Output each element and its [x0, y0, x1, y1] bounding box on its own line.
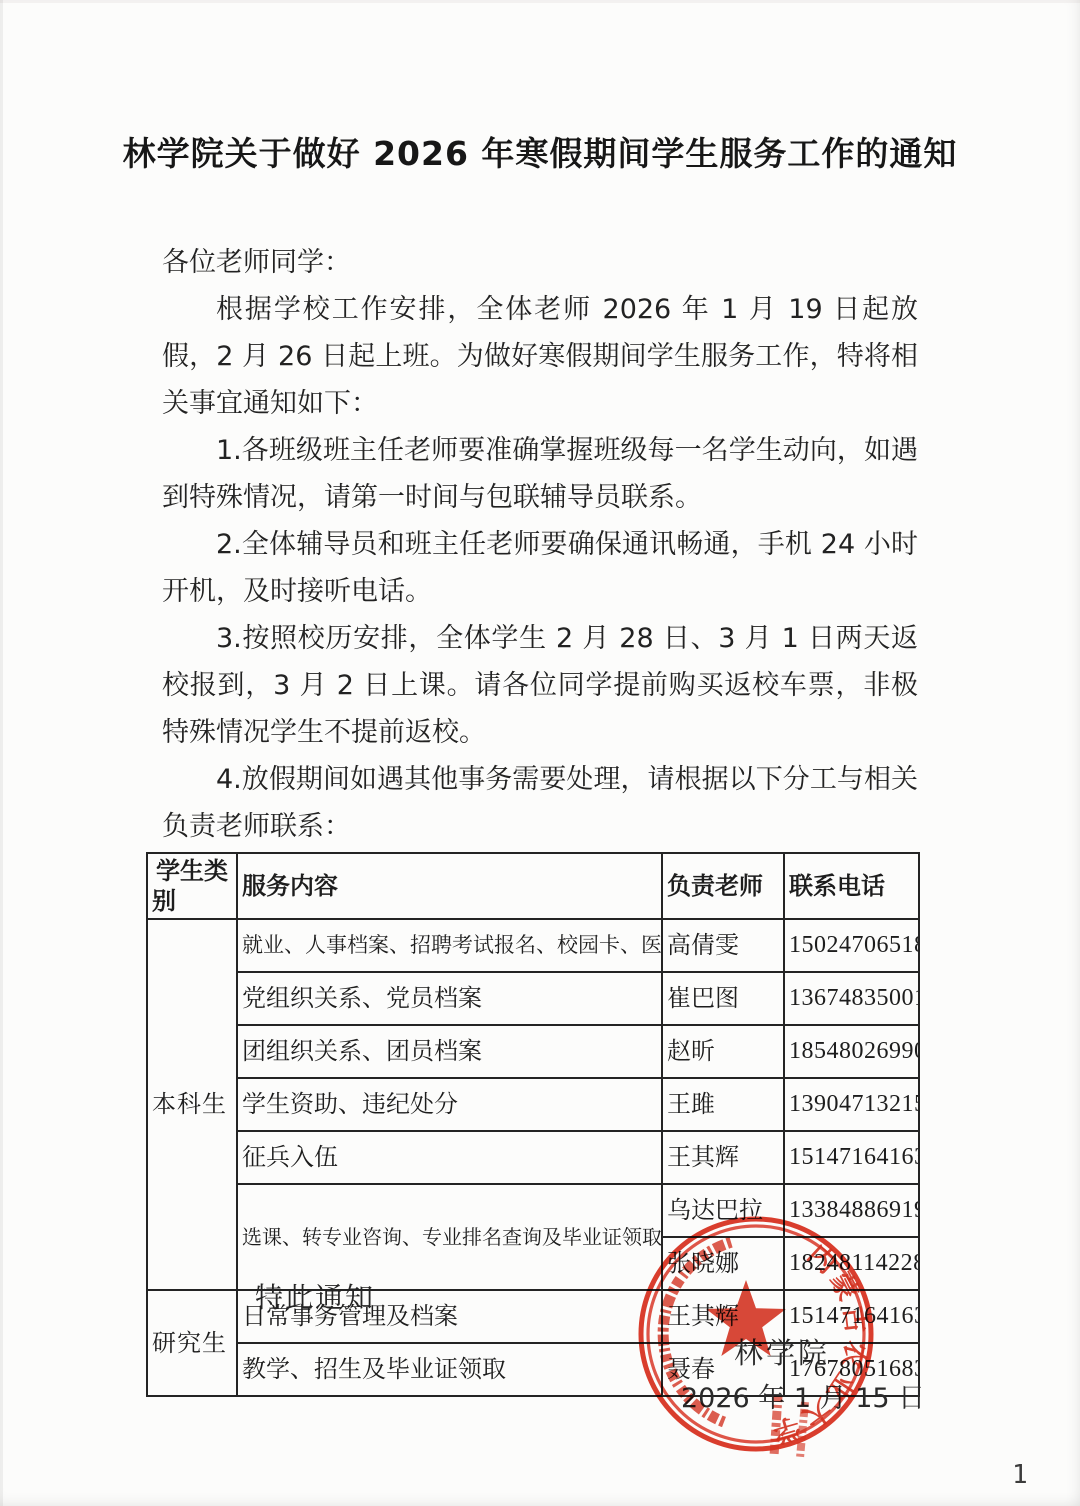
signature-unit: 林学院 — [734, 1331, 830, 1372]
cell-service-course: 选课、转专业咨询、专业排名查询及毕业证领取 — [237, 1184, 662, 1290]
cell-phone: 18248114228 — [784, 1237, 919, 1290]
cell-phone: 15024706518 — [784, 919, 919, 972]
table-header-row: 学生类别 服务内容 负责老师 联系电话 — [147, 853, 919, 919]
cell-service: 就业、人事档案、招聘考试报名、校园卡、医保 — [237, 919, 662, 972]
closing-note: 特此通知 — [255, 1276, 375, 1316]
cell-category-graduate: 研究生 — [147, 1290, 237, 1396]
header-student-category: 学生类别 — [147, 853, 237, 919]
cell-service: 教学、招生及毕业证领取 — [237, 1343, 662, 1396]
cell-service: 团组织关系、团员档案 — [237, 1025, 662, 1078]
cell-phone: 18548026990 — [784, 1025, 919, 1078]
cell-teacher: 王雎 — [662, 1078, 784, 1131]
table-row: 选课、转专业咨询、专业排名查询及毕业证领取 乌达巴拉 13384886919 — [147, 1184, 919, 1237]
notice-body: 各位老师同学： 根据学校工作安排，全体老师 2026 年 1 月 19 日起放假… — [162, 239, 918, 1397]
cell-teacher: 崔巴图 — [662, 972, 784, 1025]
cell-service: 学生资助、违纪处分 — [237, 1078, 662, 1131]
cell-teacher: 赵昕 — [662, 1025, 784, 1078]
table-row: 党组织关系、党员档案 崔巴图 13674835001 — [147, 972, 919, 1025]
issue-date-text: 2026 年 1 月 15 日 — [681, 1383, 925, 1414]
issue-date: 2026 年 1 月 15 日 — [681, 1376, 925, 1415]
cell-phone: 15147164163 — [784, 1131, 919, 1184]
paragraph-intro: 根据学校工作安排，全体老师 2026 年 1 月 19 日起放假，2 月 26 … — [162, 286, 918, 427]
paragraph-item-3: 3.按照校历安排，全体学生 2 月 28 日、3 月 1 日两天返校报到，3 月… — [162, 615, 918, 756]
cell-phone: 13904713215 — [784, 1078, 919, 1131]
header-teacher: 负责老师 — [662, 853, 784, 919]
table-row: 征兵入伍 王其辉 15147164163 — [147, 1131, 919, 1184]
cell-teacher: 乌达巴拉 — [662, 1184, 784, 1237]
cell-phone: 13674835001 — [784, 972, 919, 1025]
cell-teacher: 张晓娜 — [662, 1237, 784, 1290]
greeting: 各位老师同学： — [162, 239, 918, 286]
paragraph-item-4: 4.放假期间如遇其他事务需要处理，请根据以下分工与相关负责老师联系： — [162, 756, 918, 850]
paragraph-item-1: 1.各班级班主任老师要准确掌握班级每一名学生动向，如遇到特殊情况，请第一时间与包… — [162, 427, 918, 521]
cell-teacher: 王其辉 — [662, 1131, 784, 1184]
page-number: 1 — [1012, 1460, 1028, 1490]
cell-phone: 13384886919 — [784, 1184, 919, 1237]
cell-service: 党组织关系、党员档案 — [237, 972, 662, 1025]
table-row: 团组织关系、团员档案 赵昕 18548026990 — [147, 1025, 919, 1078]
cell-teacher: 高倩雯 — [662, 919, 784, 972]
notice-title: 林学院关于做好 2026 年寒假期间学生服务工作的通知 — [0, 0, 1080, 175]
cell-category-undergrad: 本科生 — [147, 919, 237, 1290]
paragraph-item-2: 2.全体辅导员和班主任老师要确保通讯畅通，手机 24 小时开机，及时接听电话。 — [162, 521, 918, 615]
table-row: 本科生 就业、人事档案、招聘考试报名、校园卡、医保 高倩雯 1502470651… — [147, 919, 919, 972]
cell-service: 征兵入伍 — [237, 1131, 662, 1184]
header-service: 服务内容 — [237, 853, 662, 919]
notice-page: 林学院关于做好 2026 年寒假期间学生服务工作的通知 各位老师同学： 根据学校… — [0, 0, 1080, 1506]
header-phone: 联系电话 — [784, 853, 919, 919]
table-row: 学生资助、违纪处分 王雎 13904713215 — [147, 1078, 919, 1131]
